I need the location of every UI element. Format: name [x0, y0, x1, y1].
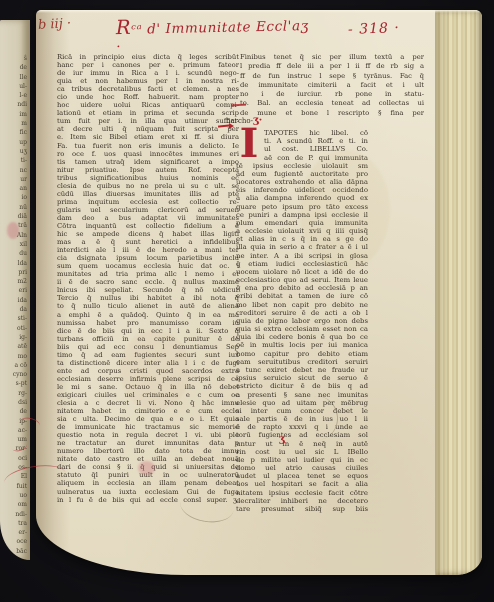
rubricated-initial: I	[236, 127, 262, 163]
text-line: quia si extra ecclesiam esset non ca	[236, 325, 368, 333]
left-text-column: Ricā in principio eius dicta q̄ leges sc…	[57, 53, 239, 504]
ink-stain	[138, 461, 155, 475]
text-line: numero libertorū illo dato tota de imnu	[57, 447, 239, 455]
gutter-fragment: ul-	[0, 82, 27, 91]
text-line: ff de fun instruc l sepe § tyrānus. Fac …	[240, 72, 424, 81]
gutter-fragment: de	[0, 63, 27, 72]
text-line: tum fuit per i. in illa qua utimur suffi…	[57, 117, 239, 125]
parchment-stain	[300, 150, 390, 270]
text-line: Tercio q̄ nullus ibi habitet a ibi nota …	[57, 294, 239, 302]
gutter-fragment: a cō	[0, 361, 27, 370]
text-line: ne tractatur an duret imnunitas data p	[57, 439, 239, 447]
gutter-fragment: rg-	[0, 389, 27, 398]
text-line: e. Item sic Bibel etiam eret xi ff. si d…	[57, 133, 239, 141]
text-line: l predia ff dele iii a per l ii ff de rb…	[240, 62, 424, 71]
text-line: tribus significationibus huius nominis e…	[57, 174, 239, 182]
text-line: quia et non habemus per l in nostra ri-	[57, 77, 239, 85]
text-line: Cōtra inquantū est collectio fidelium a …	[57, 222, 239, 230]
ink-stain	[7, 222, 19, 239]
text-line: a tunc exiret debet ne fraude ur	[236, 366, 368, 374]
page-number: - 318 ·	[348, 20, 400, 38]
text-line: de iur immu in Rica a l i. scundū nego-	[57, 69, 239, 77]
text-line: eam seruitutibus creditori seruiri	[236, 358, 368, 366]
text-line: sum quem uocamus ecclesia huic dat oc. i	[57, 262, 239, 270]
text-line: Finibus tenet q̄ sic per illum textū a p…	[240, 53, 424, 62]
gutter-fragment: ndi	[0, 100, 27, 109]
gutter-fragment: m	[0, 119, 27, 128]
text-line: questio nota in regula decret l vi. ubi …	[57, 431, 239, 439]
text-line: de mune et bone l rescripto § fina per	[240, 109, 424, 118]
text-line: Ricā in principio eius dicta q̄ leges sc…	[57, 53, 239, 61]
text-line: no i de iurciur. rb pone in statu-	[240, 90, 424, 99]
gutter-fragment: er-	[0, 528, 27, 537]
gutter-fragment: pri	[0, 268, 27, 277]
text-line: interdicti ale l iii ē de heredo a mani …	[57, 246, 239, 254]
text-line: mo libet non capit pro debito ne	[236, 301, 368, 309]
gutter-fragment: up	[0, 138, 27, 147]
gutter-fragment: mo	[0, 352, 27, 361]
text-line: sia c ulta. Decimo de qua e e o i. Et qu…	[57, 415, 239, 423]
gutter-fragment: io	[0, 193, 27, 202]
text-line: rin cost iu uel sic L IBello	[236, 448, 368, 456]
gutter-fragment: l-e	[0, 91, 27, 100]
text-line: homo capitur pro debito etiam	[236, 350, 368, 358]
gutter-fragment: de	[0, 407, 27, 416]
text-line: a emphi ē a quādoq̄. Quinto q̄ in ea ma	[57, 311, 239, 319]
text-line: astricto dicitur ē de biis q ad	[236, 382, 368, 390]
text-line: ti. A scundū Roff. e ti. in	[264, 137, 368, 145]
text-line: domo uel atrio causas ciuiles	[236, 464, 368, 472]
text-line: munitates ad tria prima allc l nemo i et	[57, 270, 239, 278]
gutter-fragment: uʒ	[0, 147, 27, 156]
gutter-fragment: oci	[0, 454, 27, 463]
signature-mark: b iij ·	[38, 16, 72, 33]
text-line: Fa. tua fuerit non eris imunis a delicto…	[57, 142, 239, 150]
gutter-fragment: fic	[0, 128, 27, 137]
gutter-fragment: ur	[0, 175, 27, 184]
text-line: at decre ulti q̄ nūquam fuit scripta per	[57, 125, 239, 133]
gutter-fragment: ac-	[0, 426, 27, 435]
text-line: clesia de quibus no ne prela ui su c ult…	[57, 182, 239, 190]
gutter-fragment: s-pt	[0, 379, 27, 388]
text-line: creditori seruire ē de acti a ob l	[236, 309, 368, 317]
text-line: quia de pigno labor ergo non debs	[236, 317, 368, 325]
gutter-fragment: xil	[0, 240, 27, 249]
gutter-fragment: m2	[0, 277, 27, 286]
text-line: cia dsignata ipsum locum parietibus incl…	[57, 254, 239, 262]
text-line: hanc per i canones per e. primum fateor	[57, 61, 239, 69]
gutter-fragment: bāc	[0, 547, 27, 556]
gutter-fragment: ti-	[0, 156, 27, 165]
gutter-fragment: tra	[0, 519, 27, 528]
text-line: dam deo a bus adaptat vii immunitates	[57, 214, 239, 222]
red-arrow-icon	[218, 123, 234, 129]
text-line: cūdū illas diuersas imunitates illis ad …	[57, 190, 239, 198]
text-line: de immunicate hic tractamus sic memorie	[57, 423, 239, 431]
gutter-fragment: om	[0, 500, 27, 509]
text-line: quia ibi cedere bonis ē qua bo ce	[236, 333, 368, 341]
text-line: lationū et etiam in prima et secunda scr…	[57, 109, 239, 117]
text-line: hoc uidere uolui Ricas antiquarū compi-	[57, 101, 239, 109]
gutter-fragment: ig-	[0, 333, 27, 342]
text-line: gularis uel secularium clericorū ad seru…	[57, 206, 239, 214]
text-line: hic se ampede dicens q̄ habet illas ligi…	[57, 230, 239, 238]
incunable-photo: ŝdelleul-l-endiimmficupuʒti-ncuranionūd̄…	[0, 0, 494, 602]
gutter-fragment: dsi	[0, 398, 27, 407]
text-line: tare presumat sibiq̄ sup biis	[236, 505, 368, 513]
text-line: prima inquitum ecclesia est collectio re…	[57, 198, 239, 206]
gutter-fragment: lle	[0, 73, 27, 82]
text-line: ecclesiastico quo ad serui. Item leue	[236, 276, 368, 284]
gutter-fragment: ida	[0, 296, 27, 305]
text-line: de immunitate cimiterii a facit et i ult	[240, 81, 424, 90]
text-line: nitur priuatiue. Ipse autem Rof. recepta	[57, 166, 239, 174]
text-line: ca tribus decretalibus facti et clemen. …	[57, 85, 239, 93]
gutter-fragment: im	[0, 110, 27, 119]
text-line: a presenti § sane nec imunitas	[236, 391, 368, 399]
text-line: TAPOTES hic libel. cō	[264, 129, 368, 137]
text-line: q̄ ena pro debito ad ecclesiā p an	[236, 284, 368, 292]
text-line: to q̄ nullo ticulo alienet in autē de al…	[57, 302, 239, 310]
text-line: de p milite uel iudier qui in ec	[236, 456, 368, 464]
text-line: eribi debitat a tamen de iure cō	[236, 292, 368, 300]
text-line: uos uel hospitari se facit a alia	[236, 480, 368, 488]
gutter-fragment: d̄iā	[0, 212, 27, 221]
gutter-fragment: sti-	[0, 314, 27, 323]
text-line: cio unde hoc Roff. habuerit. nam propter	[57, 93, 239, 101]
gutter-fragment: ŝ	[0, 54, 27, 63]
right-column-intro: Finibus tenet q̄ sic per illum textū a p…	[240, 53, 424, 118]
gutter-fragment: nc	[0, 166, 27, 175]
gutter-fragment: lda	[0, 259, 27, 268]
gutter-fragment: uo	[0, 491, 27, 500]
text-line: mas a ē q̄ sunt heretici a infidelibus	[57, 238, 239, 246]
running-header: Rᶜᵃ d' Immunitate Eccl'aʒ ·	[116, 12, 317, 55]
text-line: ii ē de sacro sanc eccle. q̄ nullus maxi…	[57, 278, 239, 286]
text-line: to. Bal. an ecclesia teneat ad collectas…	[240, 99, 424, 108]
gutter-fragment: oce	[0, 537, 27, 546]
text-line: tis tamen utraq̄ idem significaret a imp…	[57, 158, 239, 166]
gutter-fragment: nū	[0, 203, 27, 212]
gutter-fragment: an	[0, 184, 27, 193]
text-line: lnicus ibi sepeliat. Secundo q̄ nō uēdic…	[57, 286, 239, 294]
gutter-fragment: ndi-	[0, 510, 27, 519]
gutter-fragment: da	[0, 305, 27, 314]
parchment-stain	[120, 330, 190, 410]
text-line: untur ut in ē neq̄ in autē	[236, 440, 368, 448]
text-line: aliquem in ecclesia an illam penam debea…	[57, 479, 239, 487]
text-line: nitatem ipsius ecclesie facit cōtre	[236, 489, 368, 497]
text-line: ipsius seruicio sicut de seruo ē	[236, 374, 368, 382]
text-line: ro oce f. uos quasi innocētes immunes er…	[57, 150, 239, 158]
text-line: decraliter inhiberi ne decetero	[236, 497, 368, 505]
text-line: numissa habet pro manumisso coram iu	[57, 319, 239, 327]
gutter-fragment: oti-	[0, 324, 27, 333]
red-ezh-mark: ʒ	[279, 434, 285, 445]
gutter-fragment: cyno	[0, 370, 27, 379]
gutter-fragment: atē	[0, 342, 27, 351]
gutter-fragment: eri	[0, 286, 27, 295]
text-line: oē in multis locis per iui manica	[236, 341, 368, 349]
gutter-fragment: du	[0, 249, 27, 258]
fore-edge-pages	[435, 10, 482, 575]
text-line: audet ul placea tenet se equos	[236, 472, 368, 480]
